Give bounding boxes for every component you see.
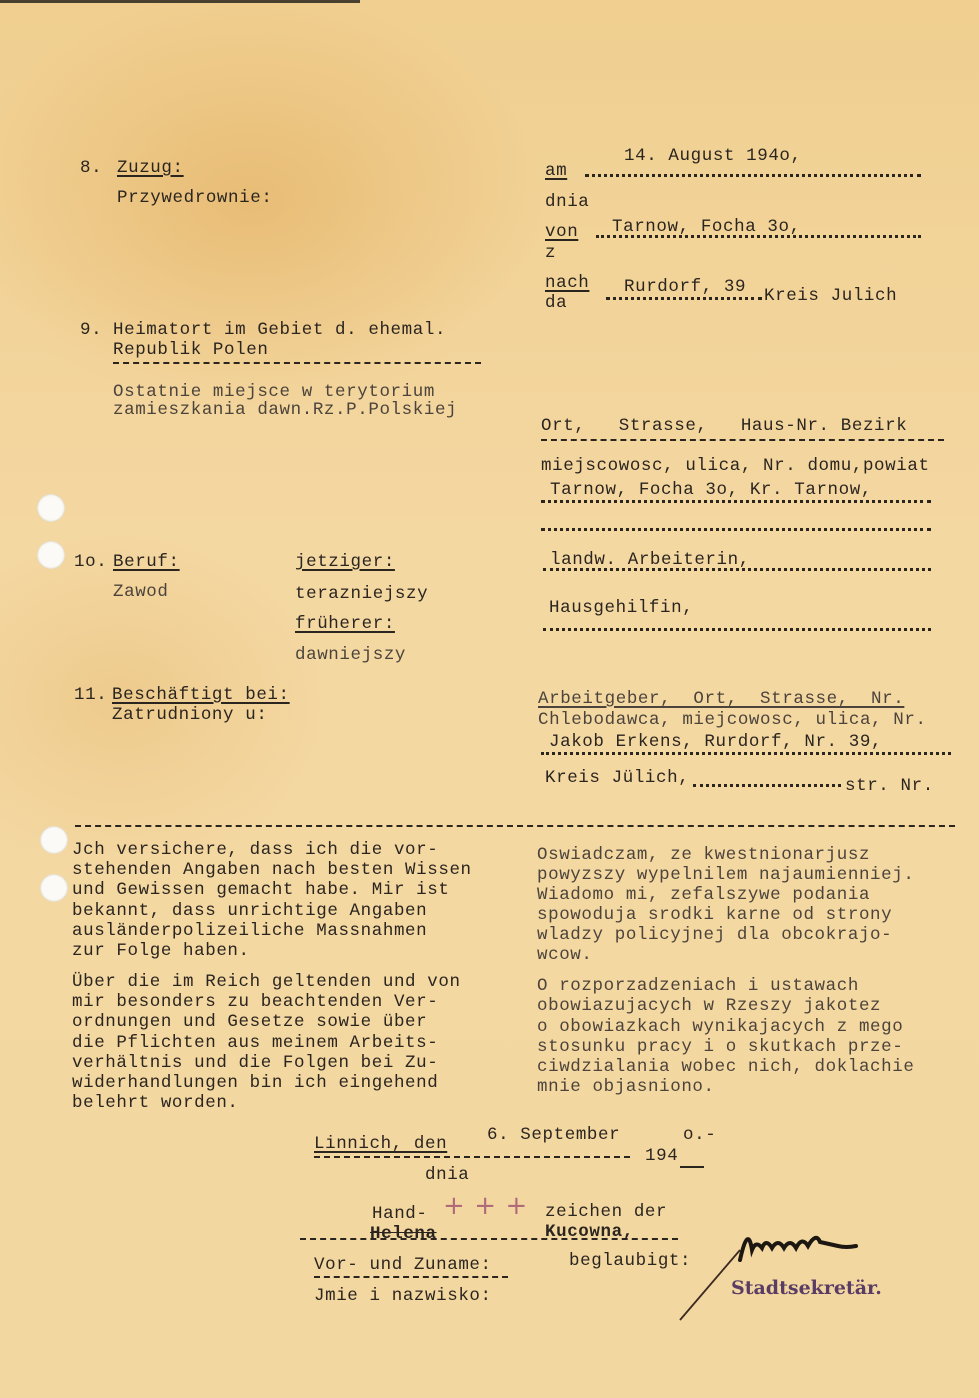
declaration-line: O rozporzadzeniach i ustawach (537, 976, 859, 996)
signing-place-label: Linnich, den (314, 1134, 447, 1154)
from-value: Tarnow, Focha 3o, (612, 217, 801, 237)
employer-value-line2: Kreis Jülich, (545, 768, 689, 788)
declaration-line: Jch versichere, dass ich die vor- (72, 840, 438, 860)
name-label-underline (314, 1276, 508, 1278)
declaration-line: Über die im Reich geltenden und von (72, 972, 461, 992)
scan-top-edge (0, 0, 360, 3)
declaration-line: belehrt worden. (72, 1093, 239, 1113)
date-label-pl: dnia (545, 192, 589, 212)
former-occupation-value: Hausgehilfin, (549, 598, 693, 618)
section-label-de-line2: Republik Polen (113, 340, 268, 360)
former-label-de: früherer: (295, 614, 395, 634)
to-label-pl: da (545, 293, 567, 313)
section-label-pl: Zatrudniony u: (112, 705, 267, 725)
section-label-pl-line1: Ostatnie miejsce w terytorium (113, 382, 435, 402)
declaration-line: powyzszy wypelnilem najaumienniej. (537, 865, 914, 885)
from-label-de: von (545, 222, 578, 242)
declaration-line: ordnungen und Gesetze sowie über (72, 1012, 427, 1032)
date-value: 14. August 194o, (624, 146, 802, 166)
declaration-line: obowiazujacych w Rzeszy jakotez (537, 996, 881, 1016)
declaration-line: stehenden Angaben nach besten Wissen (72, 860, 472, 880)
hand-mark-crosses: + + + (443, 1196, 528, 1216)
declaration-line: widerhandlungen bin ich eingehend (72, 1073, 438, 1093)
home-address-value: Tarnow, Focha 3o, Kr. Tarnow, (550, 480, 872, 500)
declaration-line: Oswiadczam, ze kwestnionarjusz (537, 845, 870, 865)
label-underline (113, 362, 481, 364)
declaration-line: mir besonders zu beachtenden Ver- (72, 992, 438, 1012)
declaration-line: ausländerpolizeiliche Massnahmen (72, 921, 427, 941)
section-number: 9. (80, 320, 102, 340)
former-occupation-line (543, 628, 931, 631)
employer-street-label: str. Nr. (845, 776, 934, 796)
employer-line-1 (541, 752, 951, 755)
name-label-de: Vor- und Zuname: (314, 1255, 492, 1275)
section-label-de: Beschäftigt bei: (112, 685, 290, 705)
punch-hole (37, 541, 65, 569)
to-value-extra: Kreis Julich (764, 286, 897, 306)
signing-year-suffix: o.- (683, 1125, 716, 1145)
declaration-line: Wiadomo mi, zefalszywe podania (537, 885, 870, 905)
signing-year-prefix: 194 (645, 1146, 678, 1166)
employer-columns-pl: Chlebodawca, miejcowosc, ulica, Nr. (538, 710, 927, 730)
year-blank (680, 1166, 704, 1168)
signing-date-label-pl: dnia (425, 1165, 469, 1185)
declaration-line: wcow. (537, 945, 593, 965)
hand-mark-label-start: Hand- (372, 1204, 428, 1224)
declaration-line: wladzy policyjnej dla obcokrajo- (537, 925, 892, 945)
signing-date-value: 6. September (487, 1125, 620, 1145)
current-occupation-value: landw. Arbeiterin, (550, 550, 750, 570)
from-field-line (596, 235, 921, 238)
current-occupation-line (543, 568, 931, 571)
section-label-pl: Zawod (113, 582, 169, 602)
punch-hole (40, 826, 68, 854)
columns-underline (541, 439, 944, 441)
punch-hole (37, 494, 65, 522)
declaration-line: stosunku pracy i o skutkach prze- (537, 1037, 903, 1057)
from-label-pl: z (545, 243, 556, 263)
punch-hole (40, 874, 68, 902)
declaration-line: ciwdzialania wobec nich, doklachie (537, 1057, 914, 1077)
home-address-line-2 (541, 528, 931, 531)
section-divider (75, 825, 955, 827)
employer-columns-de: Arbeitgeber, Ort, Strasse, Nr. (538, 689, 904, 709)
address-columns-de: Ort, Strasse, Haus-Nr. Bezirk (541, 416, 907, 436)
hand-mark-label-end: zeichen der (545, 1202, 667, 1222)
declaration-line: und Gewissen gemacht habe. Mir ist (72, 880, 449, 900)
to-label-de: nach (545, 273, 589, 293)
official-stamp: Stadtsekretär. (731, 1278, 882, 1298)
signing-date-line (314, 1156, 630, 1158)
section-label-pl-line2: zamieszkania dawn.Rz.P.Polskiej (113, 400, 457, 420)
name-label-pl: Jmie i nazwisko: (314, 1286, 492, 1306)
section-label-de: Beruf: (113, 552, 180, 572)
address-columns-pl: miejscowosc, ulica, Nr. domu,powiat (541, 456, 930, 476)
section-label-de-line1: Heimatort im Gebiet d. ehemal. (113, 320, 446, 340)
declaration-line: bekannt, dass unrichtige Angaben (72, 901, 427, 921)
former-label-pl: dawniejszy (295, 645, 406, 665)
declaration-line: verhältnis und die Folgen bei Zu- (72, 1053, 438, 1073)
employer-value-line1: Jakob Erkens, Rurdorf, Nr. 39, (549, 732, 882, 752)
section-label-de: Zuzug: (117, 158, 184, 178)
section-label-pl: Przywedrownie: (117, 188, 272, 208)
section-number: 11. (74, 685, 107, 705)
section-number: 1o. (74, 552, 107, 572)
to-field-line (606, 297, 762, 300)
declaration-line: o obowiazkach wynikajacych z mego (537, 1017, 903, 1037)
employer-line-2 (693, 784, 841, 787)
date-field-line (585, 174, 921, 177)
date-label-de: am (545, 161, 567, 181)
official-signature-icon (670, 1220, 870, 1330)
current-label-pl: terazniejszy (295, 584, 428, 604)
declaration-line: zur Folge haben. (72, 941, 250, 961)
home-address-line (541, 500, 931, 503)
last-name-value: Kucowna, (545, 1222, 634, 1242)
declaration-line: spowoduja srodki karne od strony (537, 905, 892, 925)
to-value: Rurdorf, 39 (624, 277, 746, 297)
first-name-value: Helena (370, 1224, 437, 1244)
current-label-de: jetziger: (295, 552, 395, 572)
section-number: 8. (80, 158, 102, 178)
declaration-line: die Pflichten aus meinem Arbeits- (72, 1033, 438, 1053)
declaration-line: mnie objasniono. (537, 1077, 715, 1097)
